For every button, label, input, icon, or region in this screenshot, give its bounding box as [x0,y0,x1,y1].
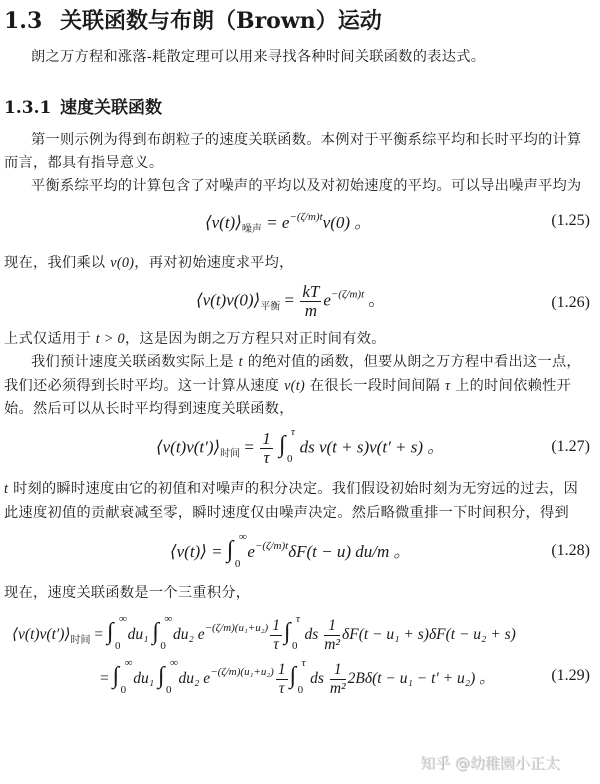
eq-rhs-tail: v(0) 。 [323,213,372,232]
watermark: 知乎 @幼稚園小正太 [420,752,560,773]
paragraph-line: 上式仅适用于 t > 0，这是因为朗之万方程只对正时间有效。 [4,328,386,348]
numerator: 1 [276,661,288,680]
inline-math: v(t) [284,378,305,394]
lower-limit: 0 [160,640,166,652]
upper-limit: τ [296,613,300,625]
eq-lhs-subscript: 平衡 [260,301,280,312]
numerator: kT [300,283,321,302]
subsection-heading: 1.3.1速度关联函数 [4,93,162,118]
differential: du₁ [128,626,149,643]
fraction: 1τ [260,430,273,467]
inline-math: t [4,481,8,497]
text-run: 上的时间依赖性开 [455,378,571,394]
numerator: 1 [324,617,340,636]
paragraph-line: 平衡系综平均的计算包含了对噪声的平均以及对初始速度的平均。可以导出噪声平均为 [31,175,582,195]
upper-limit: τ [302,657,306,669]
lower-limit: 0 [298,684,304,696]
text-run: 在很长一段时间间隔 [310,378,440,394]
equation-1-29-line-1: ⟨v(t)v(t′)⟩时间 = ∫∞0du₁ ∫∞0du₂ e−(ζ/m)(u₁… [12,617,516,654]
integral-sign: ∫τ0 [279,432,286,459]
inline-math: t > 0 [96,331,125,347]
equation-1-28: ⟨v(t)⟩ = ∫∞0e−(ζ/m)tδF(t − u) du/m 。 [170,537,411,564]
differential: ds [305,626,319,643]
text-run: ，再对初始速度求平均， [134,255,293,271]
text-run: 的绝对值的函数，但要从朗之万方程中看出这一点， [248,354,581,370]
text-run: 上式仅适用于 [4,331,91,347]
eq-exponent: −(ζ/m)(u₁+u₂) [205,622,269,634]
eq-rhs: = e [266,213,289,232]
differential: du₂ e [173,626,205,643]
paragraph-line: 现在，速度关联函数是一个三重积分， [4,582,250,602]
text-run: 现在，我们乘以 [4,255,105,271]
integral-sign: ∫∞0 [113,663,120,690]
eq-equals: = [284,290,294,309]
eq-equals: = [244,437,254,456]
equation-number: (1.29) [551,667,590,685]
eq-exponent: −(ζ/m)t [289,211,322,223]
eq-exponent: −(ζ/m)t [255,540,288,552]
inline-math: v(0) [110,255,134,271]
lower-limit: 0 [292,640,298,652]
integral-sign: ∫∞0 [152,619,159,646]
paragraph-line: 我们预计速度关联函数实际上是 t 的绝对值的函数，但要从朗之万方程中看出这一点， [31,351,581,371]
upper-limit: τ [291,426,295,438]
eq-body: ds v(t + s)v(t′ + s) 。 [300,437,445,456]
integral-sign: ∫∞0 [107,619,114,646]
paragraph-line: 而言，都具有指导意义。 [4,152,163,172]
section-number: 1.3 [4,8,60,34]
eq-lhs: ⟨v(t)v(t′)⟩ [12,626,71,643]
equation-number: (1.27) [551,438,590,456]
eq-tail: 。 [364,290,385,309]
lower-limit: 0 [121,684,127,696]
denominator: m² [324,636,340,654]
eq-lhs: ⟨v(t)⟩ = [170,542,223,561]
section-heading: 1.3关联函数与布朗（Brown）运动 [4,4,382,35]
paragraph-line: t 时刻的瞬时速度由它的初值和对噪声的积分决定。我们假设初始时刻为无穷远的过去，… [4,478,578,498]
equation-1-27: ⟨v(t)v(t′)⟩时间 = 1τ ∫τ0ds v(t + s)v(t′ + … [156,430,444,467]
equation-number: (1.28) [551,542,590,560]
lower-limit: 0 [235,558,241,570]
eq-rhs: e [323,290,331,309]
text-run: 我们还必须得到长时平均。这一计算从速度 [4,378,279,394]
text-run: 时刻的瞬时速度由它的初值和对噪声的积分决定。我们假设初始时刻为无穷远的过去，因 [13,481,578,497]
paragraph-line: 现在，我们乘以 v(0)，再对初始速度求平均， [4,252,294,272]
numerator: 1 [330,661,346,680]
differential: du₁ [133,670,154,687]
denominator: τ [270,636,282,654]
subsection-number: 1.3.1 [4,98,60,118]
integral-sign: ∫τ0 [284,619,291,646]
fraction: kTm [300,283,321,320]
lower-limit: 0 [115,640,121,652]
eq-lhs: ⟨v(t)v(0)⟩ [196,290,260,309]
text-run: ，这是因为朗之万方程只对正时间有效。 [125,331,386,347]
lower-limit: 0 [166,684,172,696]
lower-limit: 0 [287,453,293,465]
eq-equals: = [100,670,109,687]
fraction: 1τ [276,661,288,698]
eq-tail: δF(t − u₁ + s)δF(t − u₂ + s) [342,626,516,643]
upper-limit: ∞ [239,531,247,543]
equation-1-25: ⟨v(t)⟩噪声 = e−(ζ/m)tv(0) 。 [205,208,371,235]
integral-sign: ∫τ0 [290,663,297,690]
equation-number: (1.25) [551,212,590,230]
eq-body-tail: δF(t − u) du/m 。 [288,542,410,561]
integral-sign: ∫∞0 [227,537,234,564]
upper-limit: ∞ [164,613,172,625]
equation-1-26: ⟨v(t)v(0)⟩平衡 = kTme−(ζ/m)t 。 [196,283,385,320]
fraction: 1τ [270,617,282,654]
eq-tail: 2Bδ(t − u₁ − t′ + u₂) 。 [348,670,495,687]
inline-math: t [239,354,243,370]
eq-lhs-subscript: 时间 [71,635,91,646]
fraction: 1m² [324,617,340,654]
paragraph-line: 始。然后可以从长时平均得到速度关联函数， [4,398,294,418]
numerator: 1 [270,617,282,636]
equation-1-29-line-2: = ∫∞0du₁ ∫∞0du₂ e−(ζ/m)(u₁+u₂)1τ∫τ0ds 1m… [100,661,495,698]
equation-number: (1.26) [551,294,590,312]
denominator: τ [260,449,273,467]
eq-exponent: −(ζ/m)t [331,288,364,300]
eq-lhs-subscript: 时间 [220,448,240,459]
section-title: 关联函数与布朗（Brown）运动 [60,8,382,34]
eq-lhs: ⟨v(t)v(t′)⟩ [156,437,220,456]
section-intro: 朗之万方程和涨落-耗散定理可以用来寻找各种时间关联函数的表达式。 [31,46,485,66]
denominator: m² [330,680,346,698]
upper-limit: ∞ [170,657,178,669]
eq-exponent: −(ζ/m)(u₁+u₂) [210,666,274,678]
upper-limit: ∞ [119,613,127,625]
numerator: 1 [260,430,273,449]
upper-limit: ∞ [125,657,133,669]
eq-lhs-subscript: 噪声 [242,224,262,235]
eq-equals: = [94,626,103,643]
denominator: τ [276,680,288,698]
paragraph-line: 我们还必须得到长时平均。这一计算从速度 v(t) 在很长一段时间间隔 τ 上的时… [4,375,571,395]
fraction: 1m² [330,661,346,698]
differential: du₂ e [179,670,211,687]
integral-sign: ∫∞0 [158,663,165,690]
paragraph-line: 此速度初值的贡献衰减至零，瞬时速度仅由噪声决定。然后略微重排一下时间积分，得到 [4,502,569,522]
eq-body: e [247,542,255,561]
paragraph-line: 第一则示例为得到布朗粒子的速度关联函数。本例对于平衡系综平均和长时平均的计算 [31,129,582,149]
eq-lhs: ⟨v(t)⟩ [205,213,242,232]
denominator: m [300,302,321,320]
inline-math: τ [445,378,450,394]
subsection-title: 速度关联函数 [60,98,162,118]
text-run: 我们预计速度关联函数实际上是 [31,354,234,370]
differential: ds [310,670,324,687]
